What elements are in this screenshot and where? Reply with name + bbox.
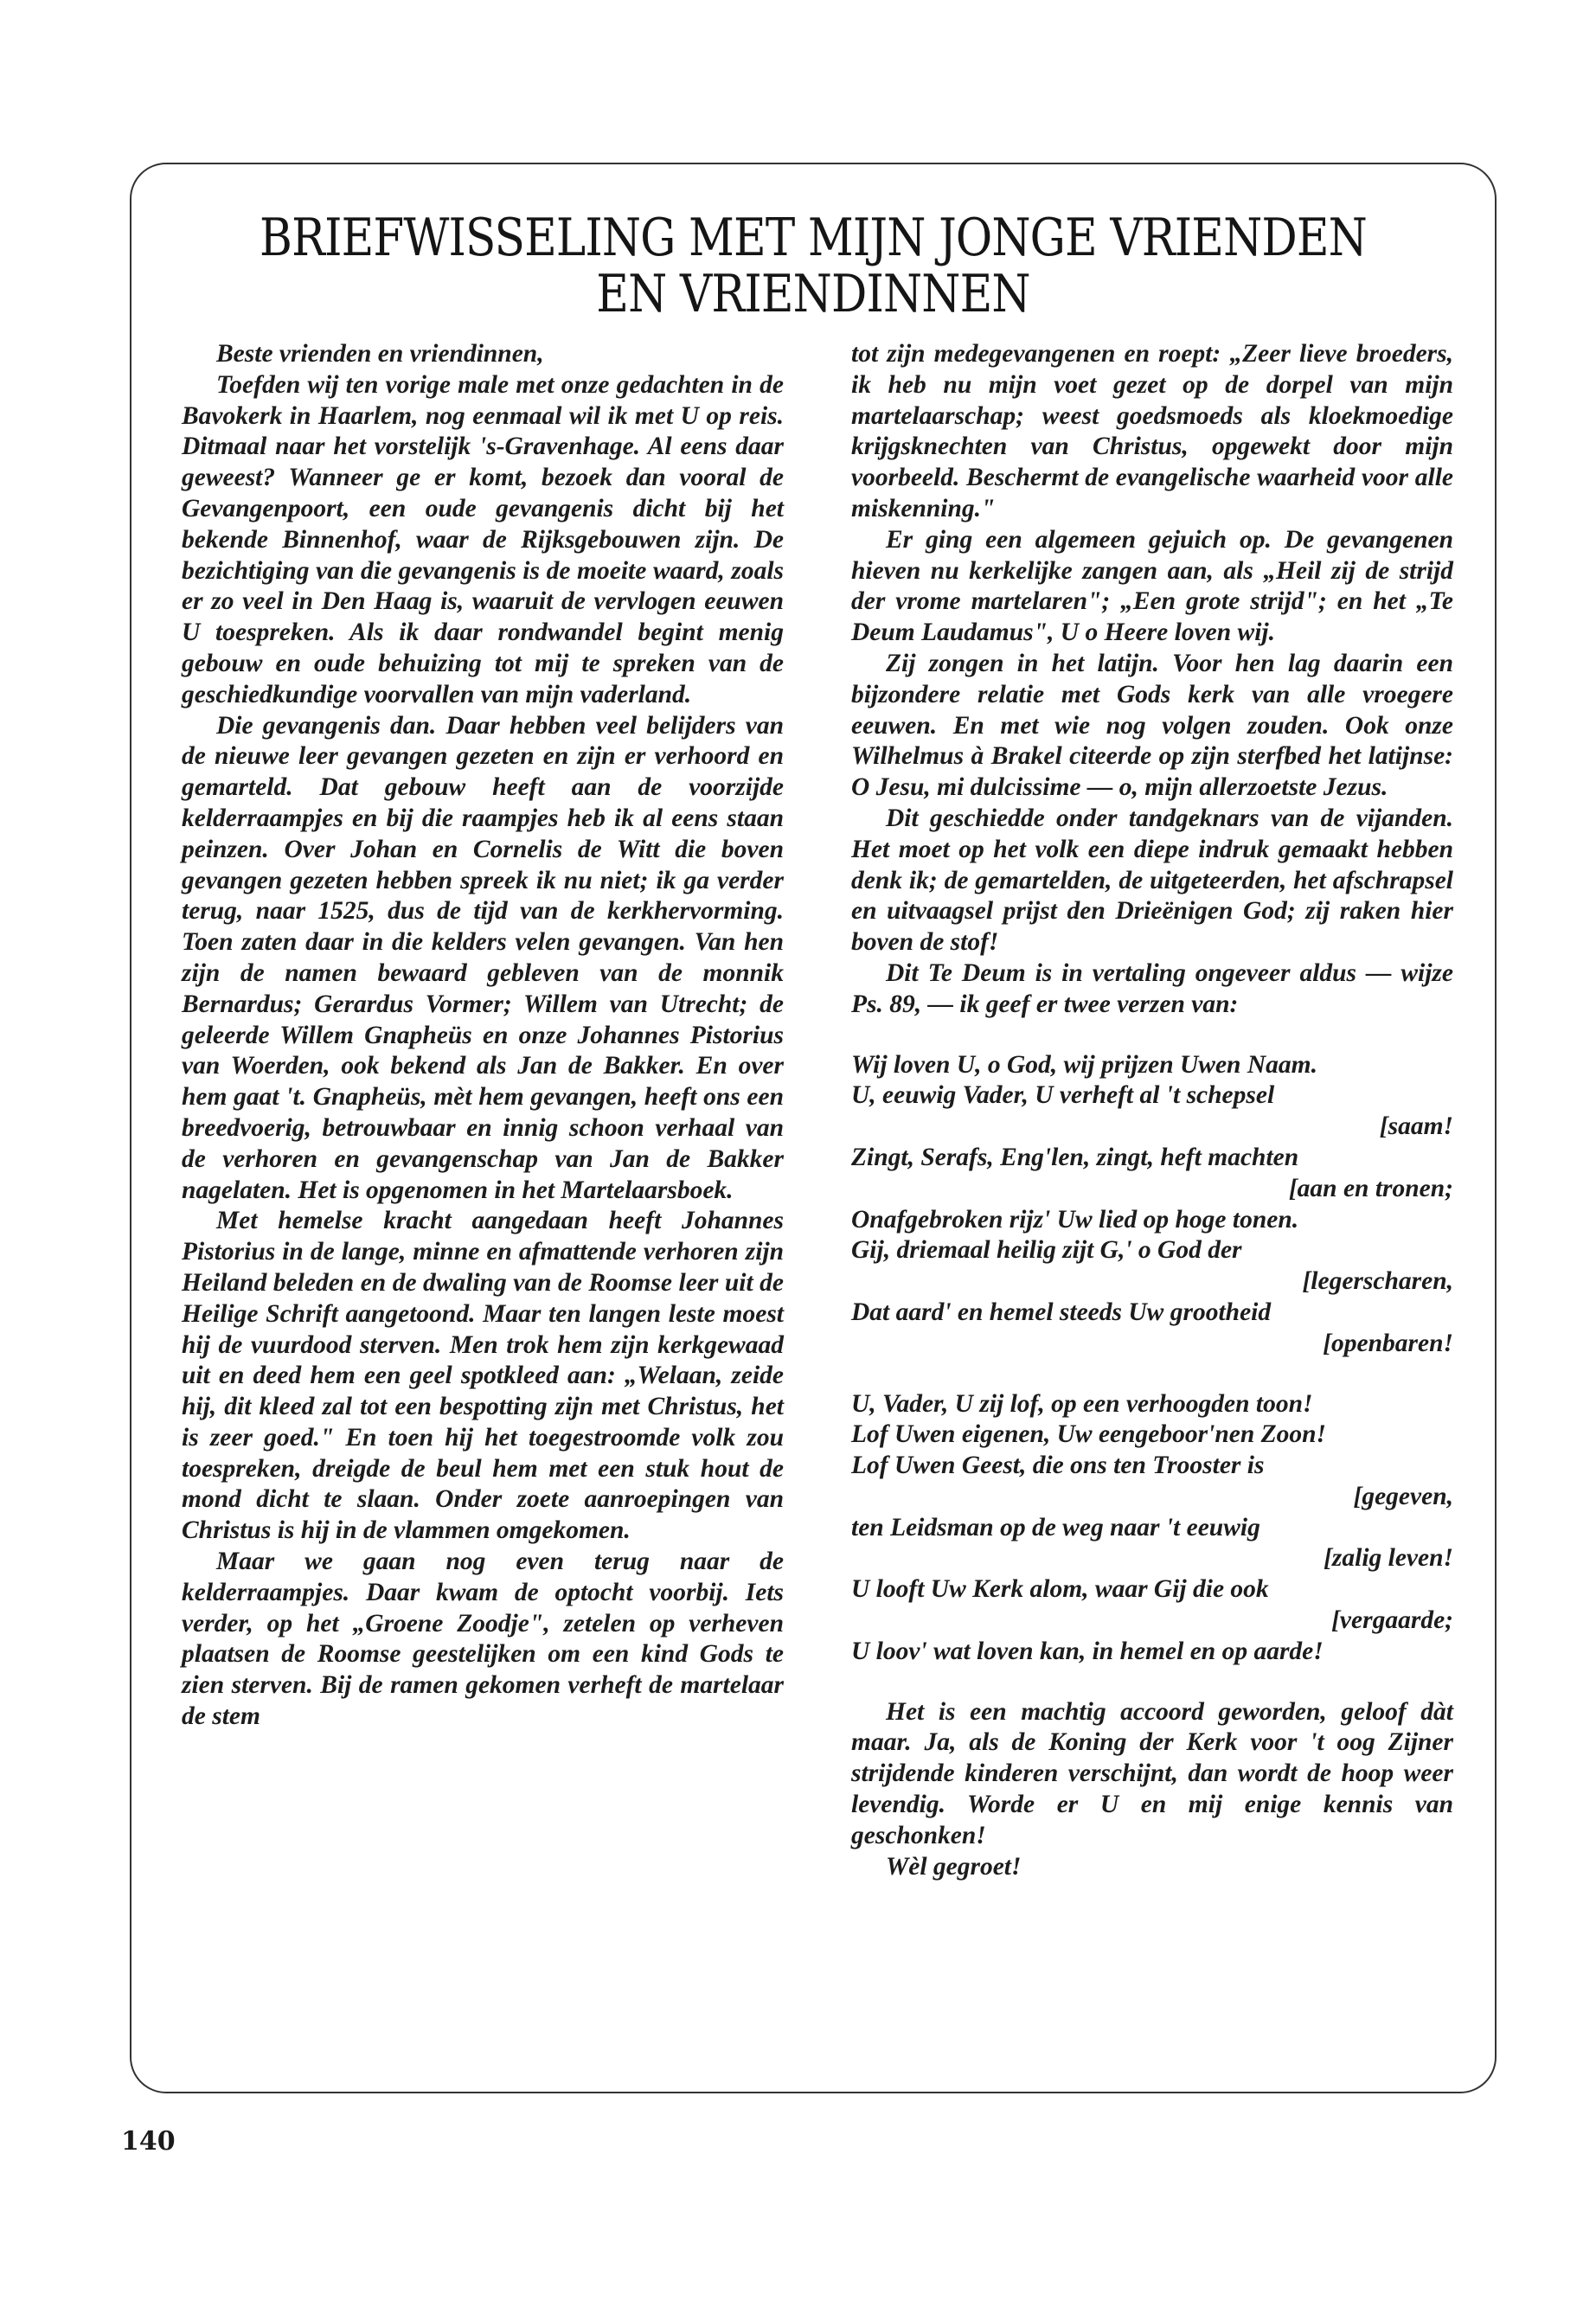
poem-line: Lof Uwen Geest, die ons ten Trooster is	[851, 1451, 1453, 1482]
poem-line: ten Leidsman op de weg naar 't eeuwig	[851, 1513, 1453, 1544]
poem-line-continuation: [legerscharen,	[851, 1266, 1453, 1298]
poem-line-continuation: [saam!	[851, 1112, 1453, 1143]
poem-stanza-2: U, Vader, U zij lof, op een verhoogden t…	[851, 1389, 1453, 1668]
poem-line: Gij, driemaal heilig zijt G,' o God der	[851, 1235, 1453, 1266]
poem-stanza-1: Wij loven U, o God, wij prijzen Uwen Naa…	[851, 1050, 1453, 1360]
poem-line: Onafgebroken rijz' Uw lied op hoge tonen…	[851, 1205, 1453, 1236]
poem-line-continuation: [aan en tronen;	[851, 1174, 1453, 1205]
poem-line: Zingt, Serafs, Eng'len, zingt, heft mach…	[851, 1143, 1453, 1174]
poem-line: Lof Uwen eigenen, Uw eengeboor'nen Zoon!	[851, 1420, 1453, 1451]
paragraph: tot zijn medegevangenen en roept: „Zeer …	[851, 339, 1453, 525]
poem-line-continuation: [openbaren!	[851, 1329, 1453, 1360]
article-title-line2: EN VRIENDINNEN	[226, 264, 1401, 324]
paragraph: Maar we gaan nog even terug naar de keld…	[182, 1547, 784, 1733]
poem-line: U, eeuwig Vader, U verheft al 't schepse…	[851, 1080, 1453, 1112]
paragraph: Er ging een algemeen gejuich op. De geva…	[851, 525, 1453, 649]
poem-te-deum: Wij loven U, o God, wij prijzen Uwen Naa…	[851, 1050, 1453, 1668]
paragraph: Met hemelse kracht aangedaan heeft Johan…	[182, 1206, 784, 1547]
paragraph: Die gevangenis dan. Daar hebben veel bel…	[182, 711, 784, 1207]
article-title: BRIEFWISSELING MET MIJN JONGE VRIENDEN	[226, 208, 1401, 268]
poem-line-continuation: [zalig leven!	[851, 1543, 1453, 1574]
right-column: tot zijn medegevangenen en roept: „Zeer …	[851, 339, 1453, 1882]
paragraph: Zij zongen in het latijn. Voor hen lag d…	[851, 649, 1453, 804]
page-number: 140	[121, 2126, 176, 2157]
left-column: Beste vrienden en vriendinnen, Toefden w…	[182, 339, 784, 1733]
poem-line: U looft Uw Kerk alom, waar Gij die ook	[851, 1574, 1453, 1606]
poem-line-continuation: [vergaarde;	[851, 1606, 1453, 1637]
paragraph: Toefden wij ten vorige male met onze ged…	[182, 370, 784, 711]
poem-line: U loov' wat loven kan, in hemel en op aa…	[851, 1637, 1453, 1668]
paragraph: Dit geschiedde onder tandgeknars van de …	[851, 804, 1453, 958]
sign-off: Wèl gegroet!	[851, 1852, 1453, 1883]
poem-line: Wij loven U, o God, wij prijzen Uwen Naa…	[851, 1050, 1453, 1081]
poem-line-continuation: [gegeven,	[851, 1482, 1453, 1513]
salutation: Beste vrienden en vriendinnen,	[182, 339, 784, 370]
closing-paragraph: Het is een machtig accoord geworden, gel…	[851, 1697, 1453, 1852]
paragraph: Dit Te Deum is in vertaling ongeveer ald…	[851, 958, 1453, 1021]
poem-line: Dat aard' en hemel steeds Uw grootheid	[851, 1298, 1453, 1329]
poem-line: U, Vader, U zij lof, op een verhoogden t…	[851, 1389, 1453, 1420]
